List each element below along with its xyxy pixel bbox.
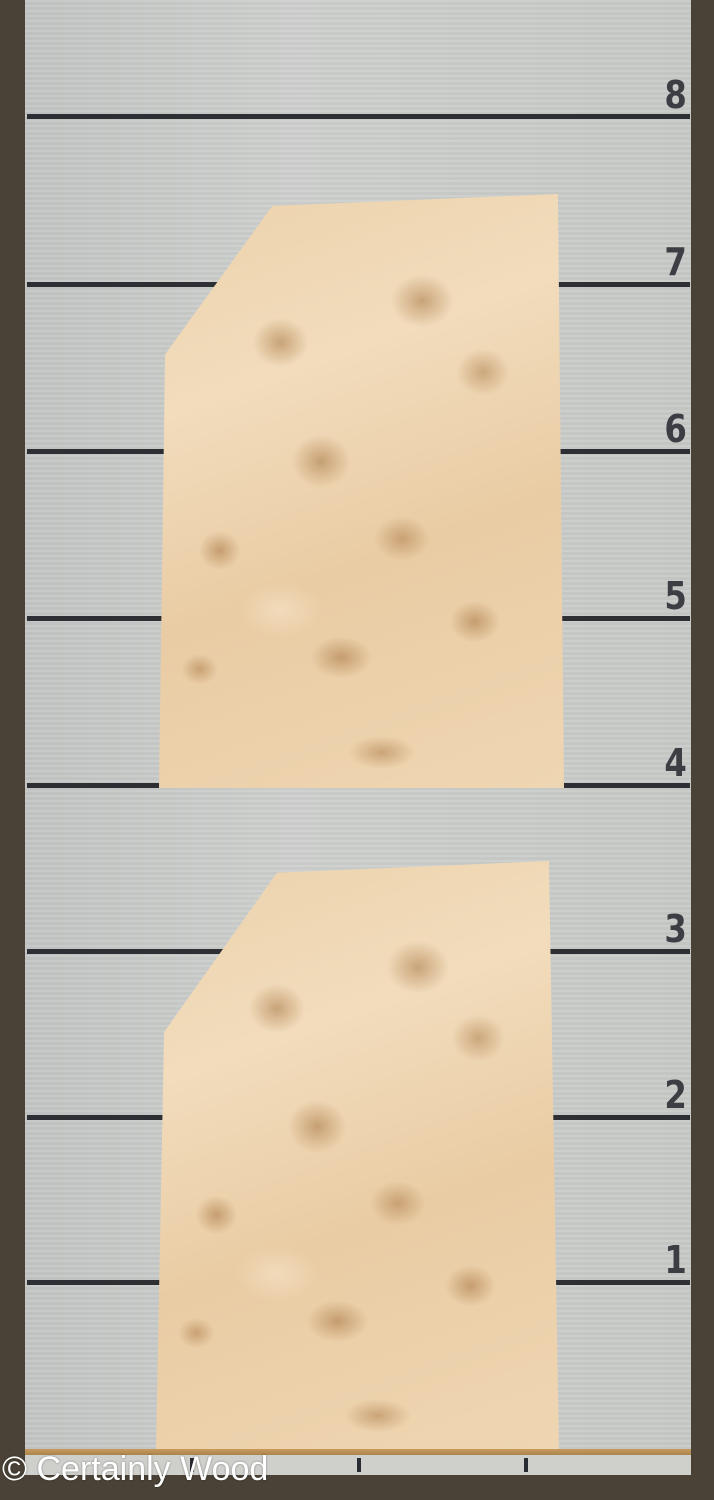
rail-tick: [524, 1458, 528, 1472]
rule-number-8: 8: [655, 76, 686, 114]
rail-tick: [357, 1458, 361, 1472]
rule-number-2: 2: [655, 1076, 686, 1114]
veneer-sheet-top: [159, 194, 564, 788]
rule-number-7: 7: [655, 243, 686, 281]
rule-number-4: 4: [655, 744, 686, 782]
rule-number-3: 3: [655, 910, 686, 948]
copyright-watermark: © Certainly Wood: [2, 1452, 268, 1486]
rule-number-1: 1: [655, 1241, 686, 1279]
rule-number-6: 6: [655, 410, 686, 448]
rule-line-8: [27, 114, 690, 119]
rule-number-5: 5: [655, 577, 686, 615]
